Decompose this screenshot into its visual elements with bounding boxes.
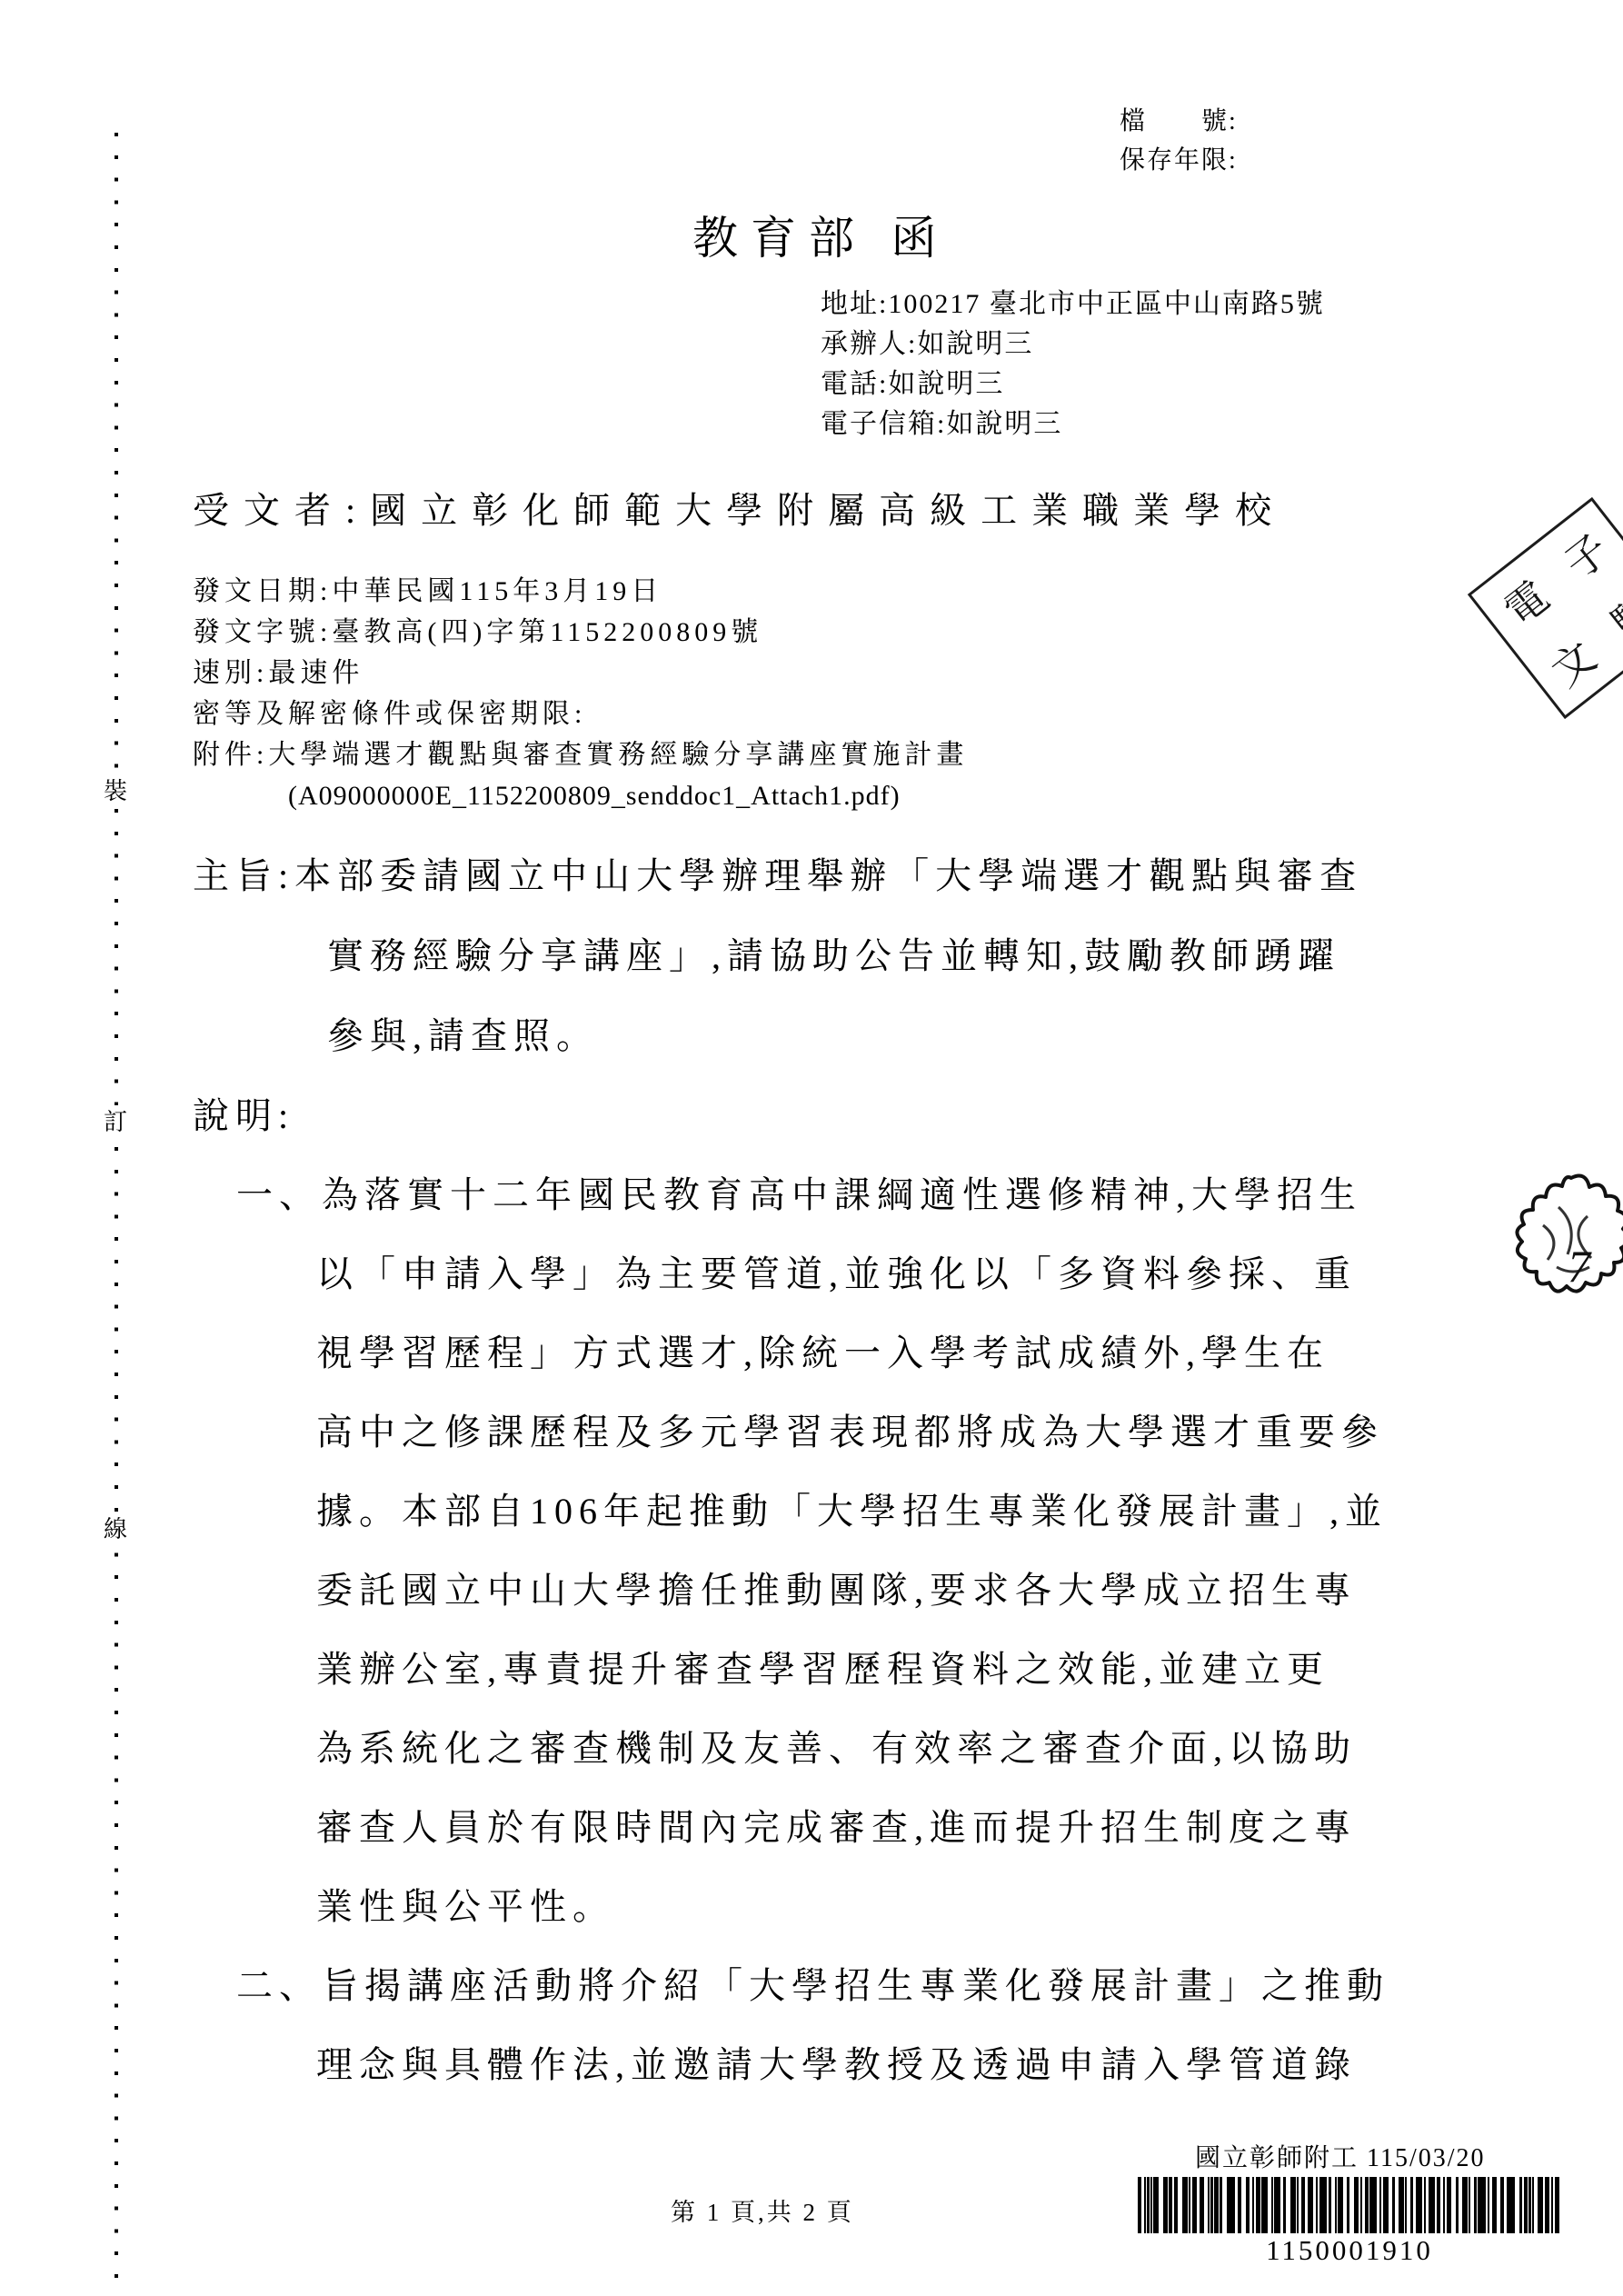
sender-phone: 電話:如說明三	[821, 364, 1325, 404]
body-line: 視學習歷程」方式選才,除統一入學考試成績外,學生在	[316, 1324, 1329, 1376]
security-level: 密等及解密條件或保密期限:	[193, 694, 968, 734]
flower-seal-outline	[1502, 1169, 1623, 1314]
body-line: 業辦公室,專責提升審查學習歷程資料之效能,並建立更	[316, 1641, 1329, 1692]
subject-line: 實務經驗分享講座」,請協助公告並轉知,鼓勵教師踴躍	[327, 927, 1340, 979]
issue-date: 發文日期:中華民國115年3月19日	[193, 571, 968, 612]
sender-email: 電子信箱:如說明三	[821, 404, 1325, 444]
sender-info-block: 地址:100217 臺北市中正區中山南路5號 承辦人:如說明三 電話:如說明三 …	[821, 285, 1325, 444]
binding-mark-ding: 訂	[104, 1105, 127, 1140]
body-line: 委託國立中山大學擔任推動團隊,要求各大學成立招生專	[316, 1562, 1357, 1613]
subject-line: 主旨:本部委請國立中山大學辦理舉辦「大學端選才觀點與審查	[193, 847, 1362, 899]
body-line: 業性與公平性。	[316, 1878, 615, 1930]
body-line: 據。本部自106年起推動「大學招生專業化發展計畫」,並	[316, 1482, 1388, 1534]
stamp-char: 電	[1490, 565, 1560, 638]
body-line: 以「申請入學」為主要管道,並強化以「多資料參採、重	[316, 1245, 1357, 1297]
flower-seal-number: 7	[1568, 1240, 1590, 1293]
file-header-block: 檔 號: 保存年限:	[1120, 102, 1238, 180]
binding-dotted-line	[115, 133, 118, 2278]
flower-seal-stamp: 7	[1502, 1169, 1623, 1319]
body-line: 一、為落實十二年國民教育高中課綱適性選修精神,大學招生	[236, 1166, 1362, 1218]
binding-mark-xian: 線	[104, 1512, 127, 1547]
body-line: 二、旨揭講座活動將介紹「大學招生專業化發展計畫」之推動	[236, 1957, 1389, 2009]
sender-address: 地址:100217 臺北市中正區中山南路5號	[821, 285, 1325, 324]
doc-number: 發文字號:臺教高(四)字第1152200809號	[193, 612, 968, 653]
subject-line: 參與,請查照。	[327, 1007, 599, 1059]
speed-level: 速別:最速件	[193, 653, 968, 694]
meta-block: 發文日期:中華民國115年3月19日 發文字號:臺教高(四)字第11522008…	[193, 571, 968, 816]
file-no-label: 檔 號:	[1120, 102, 1238, 141]
recipient-line: 受文者:國立彰化師範大學附屬高級工業職業學校	[193, 482, 1286, 534]
attachment-name: 附件:大學端選才觀點與審查實務經驗分享講座實施計畫	[193, 734, 968, 775]
retention-label: 保存年限:	[1120, 141, 1238, 180]
body-line: 為系統化之審查機制及友善、有效率之審查介面,以協助	[316, 1720, 1357, 1772]
binding-mark-zhuang: 裝	[104, 774, 127, 809]
stamp-char: 文	[1537, 625, 1607, 698]
body-line: 理念與具體作法,並邀請大學教授及透過申請入學管道錄	[316, 2036, 1357, 2088]
body-line: 審查人員於有限時間內完成審查,進而提升招生制度之專	[316, 1799, 1357, 1851]
body-line: 高中之修課歷程及多元學習表現都將成為大學選才重要參	[316, 1403, 1384, 1455]
electronic-exchange-stamp: 電 子 文 騎	[1468, 497, 1623, 719]
explanation-label: 說明:	[193, 1087, 294, 1139]
page-indicator: 第 1 頁,共 2 頁	[671, 2192, 854, 2228]
stamp-char: 騎	[1598, 578, 1623, 651]
sender-contact-person: 承辦人:如說明三	[821, 324, 1325, 364]
barcode-number: 1150001910	[1138, 2234, 1561, 2267]
official-letter-page: 裝 訂 線 檔 號: 保存年限: 教育部 函 地址:100217 臺北市中正區中…	[0, 0, 1623, 2296]
receiving-school-date: 國立彰師附工 115/03/20	[1195, 2138, 1486, 2174]
document-title: 教育部 函	[692, 202, 950, 267]
barcode	[1138, 2177, 1561, 2233]
attachment-filename: (A09000000E_1152200809_senddoc1_Attach1.…	[288, 775, 968, 816]
stamp-char: 子	[1550, 518, 1620, 591]
